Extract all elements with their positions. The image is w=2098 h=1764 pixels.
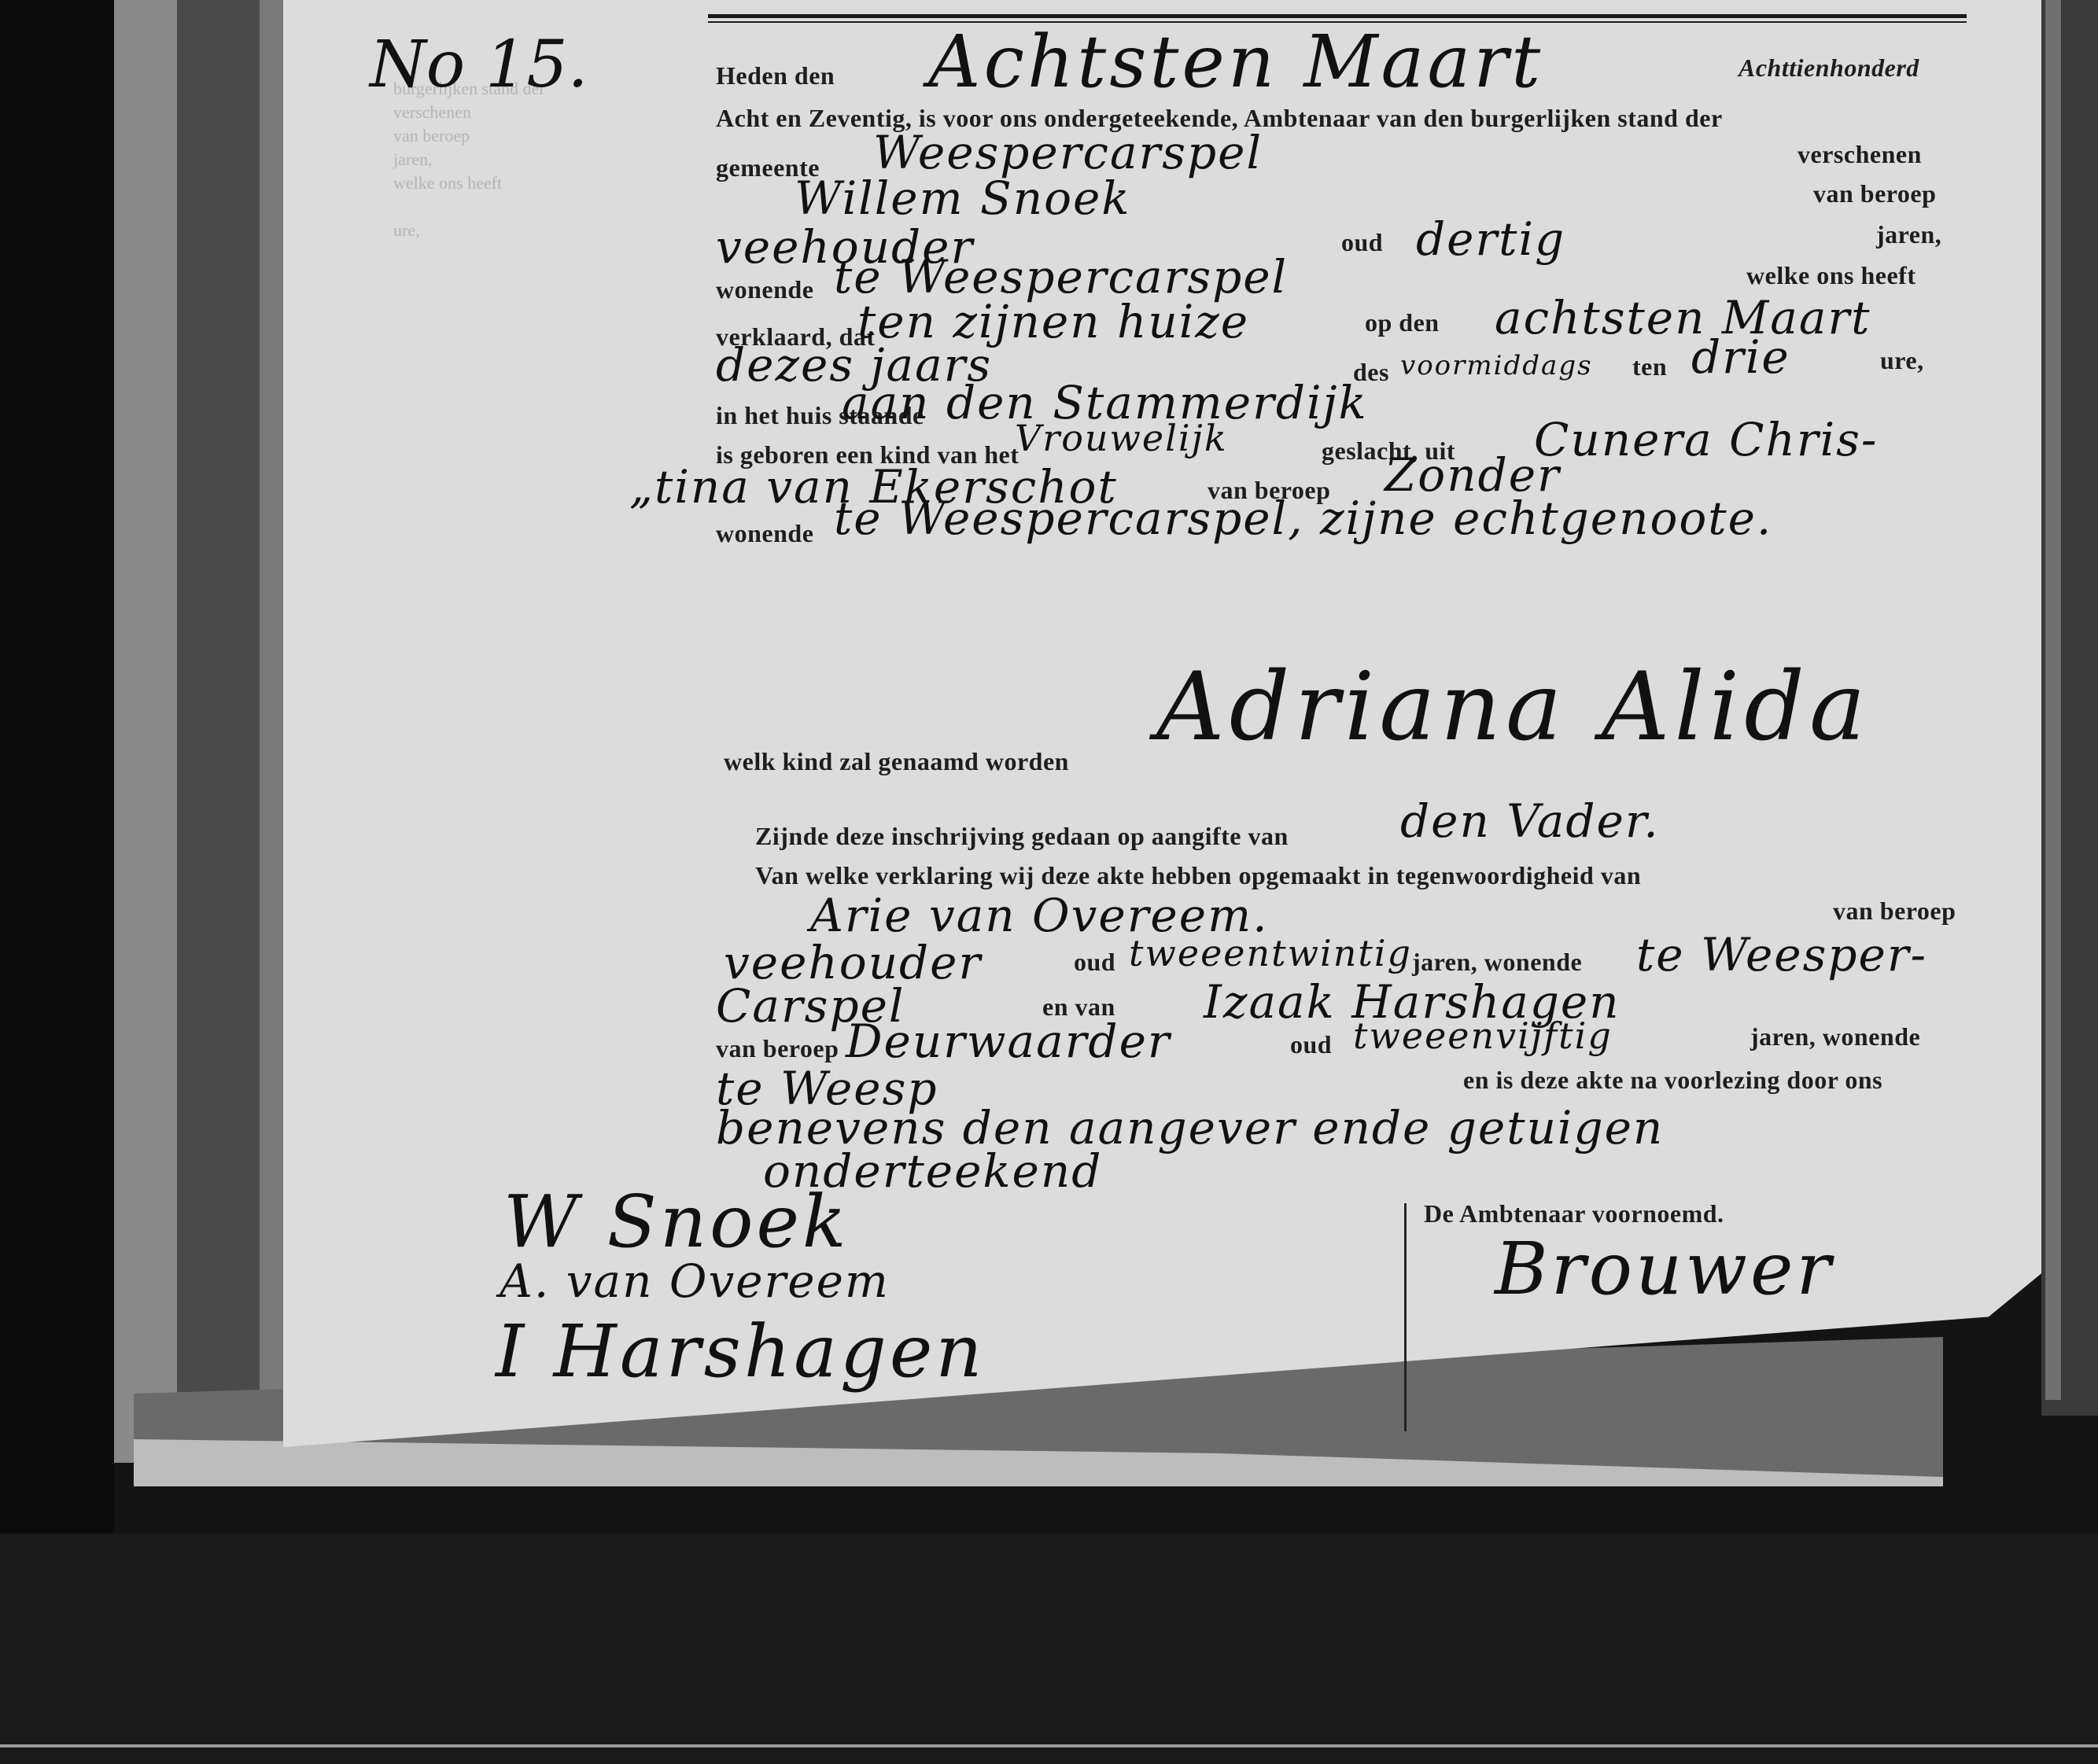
printed-text: jaren, wonende [1412, 948, 1582, 977]
handwritten-witness2-age: tweeenvijftig [1353, 1015, 1613, 1057]
printed-text: Achttienhonderd [1739, 53, 1919, 83]
header-rule [708, 14, 1967, 18]
printed-text: ten [1632, 352, 1667, 381]
bleedthrough-text: jaren, [393, 149, 432, 170]
printed-text: Van welke verklaring wij deze akte hebbe… [755, 861, 1641, 890]
signature-declarant: W Snoek [503, 1180, 850, 1264]
printed-text: Zijnde deze inschrijving gedaan op aangi… [755, 822, 1289, 851]
printed-text: ure, [1880, 346, 1924, 375]
printed-text: en is deze akte na voorlezing door ons [1463, 1066, 1882, 1095]
printed-text: jaren, wonende [1750, 1022, 1920, 1051]
handwritten-hour: drie [1691, 330, 1790, 384]
handwritten-witness1-age: tweeentwintig [1129, 932, 1412, 974]
printed-text: oud [1074, 948, 1115, 977]
handwritten-age: dertig [1416, 212, 1565, 266]
page-edge-right-highlight [2045, 0, 2061, 1400]
handwritten-informant: den Vader. [1400, 794, 1660, 848]
bleedthrough-text: van beroep [393, 126, 470, 146]
book-gutter [177, 0, 271, 1439]
printed-text: oud [1341, 228, 1383, 257]
page-edge-left [260, 0, 283, 1439]
signature-witness2: I Harshagen [496, 1309, 986, 1394]
printed-text: verschenen [1797, 140, 1922, 169]
record-number: No 15. [370, 28, 588, 102]
bleedthrough-text: verschenen [393, 102, 471, 123]
printed-text: wonende [716, 275, 813, 304]
printed-text: van beroep [716, 1034, 839, 1063]
printed-text: oud [1290, 1030, 1332, 1059]
printed-text: jaren, [1876, 220, 1941, 249]
printed-text: wonende [716, 519, 813, 548]
bleedthrough-text: welke ons heeft [393, 173, 502, 193]
printed-text: van beroep [1833, 897, 1956, 926]
handwritten-mother-name: Cunera Chris- [1534, 413, 1879, 466]
book-spine-shadow [0, 0, 114, 1534]
signature-divider [1404, 1203, 1407, 1431]
printed-text: op den [1365, 308, 1440, 337]
handwritten-sex: Vrouwelijk [1015, 417, 1228, 459]
bleedthrough-text: ure, [393, 220, 420, 241]
official-label: De Ambtenaar voornoemd. [1424, 1199, 1724, 1228]
scan-background [0, 1534, 2098, 1764]
handwritten-child-name: Adriana Alida [1156, 653, 1871, 762]
handwritten-mother-residence: te Weespercarspel, zijne echtgenoote. [834, 492, 1772, 545]
handwritten-witness1-residence: te Weesper- [1636, 928, 1927, 981]
scan-border-line [0, 1744, 2098, 1747]
handwritten-birth-date: achtsten Maart [1495, 291, 1871, 344]
printed-text: welke ons heeft [1746, 261, 1915, 290]
handwritten-declarant-name: Willem Snoek [795, 171, 1130, 225]
book-spine-strip [114, 0, 177, 1463]
handwritten-time-of-day: voormiddags [1400, 350, 1593, 381]
signature-official: Brouwer [1495, 1227, 1834, 1311]
handwritten-date: Achtsten Maart [928, 20, 1543, 104]
printed-text: Heden den [716, 61, 835, 90]
printed-text: van beroep [1813, 179, 1936, 208]
signature-witness1: A. van Overeem [500, 1254, 890, 1308]
handwritten-witness2-occupation: Deurwaarder [846, 1015, 1171, 1068]
printed-text: welk kind zal genaamd worden [724, 747, 1069, 776]
